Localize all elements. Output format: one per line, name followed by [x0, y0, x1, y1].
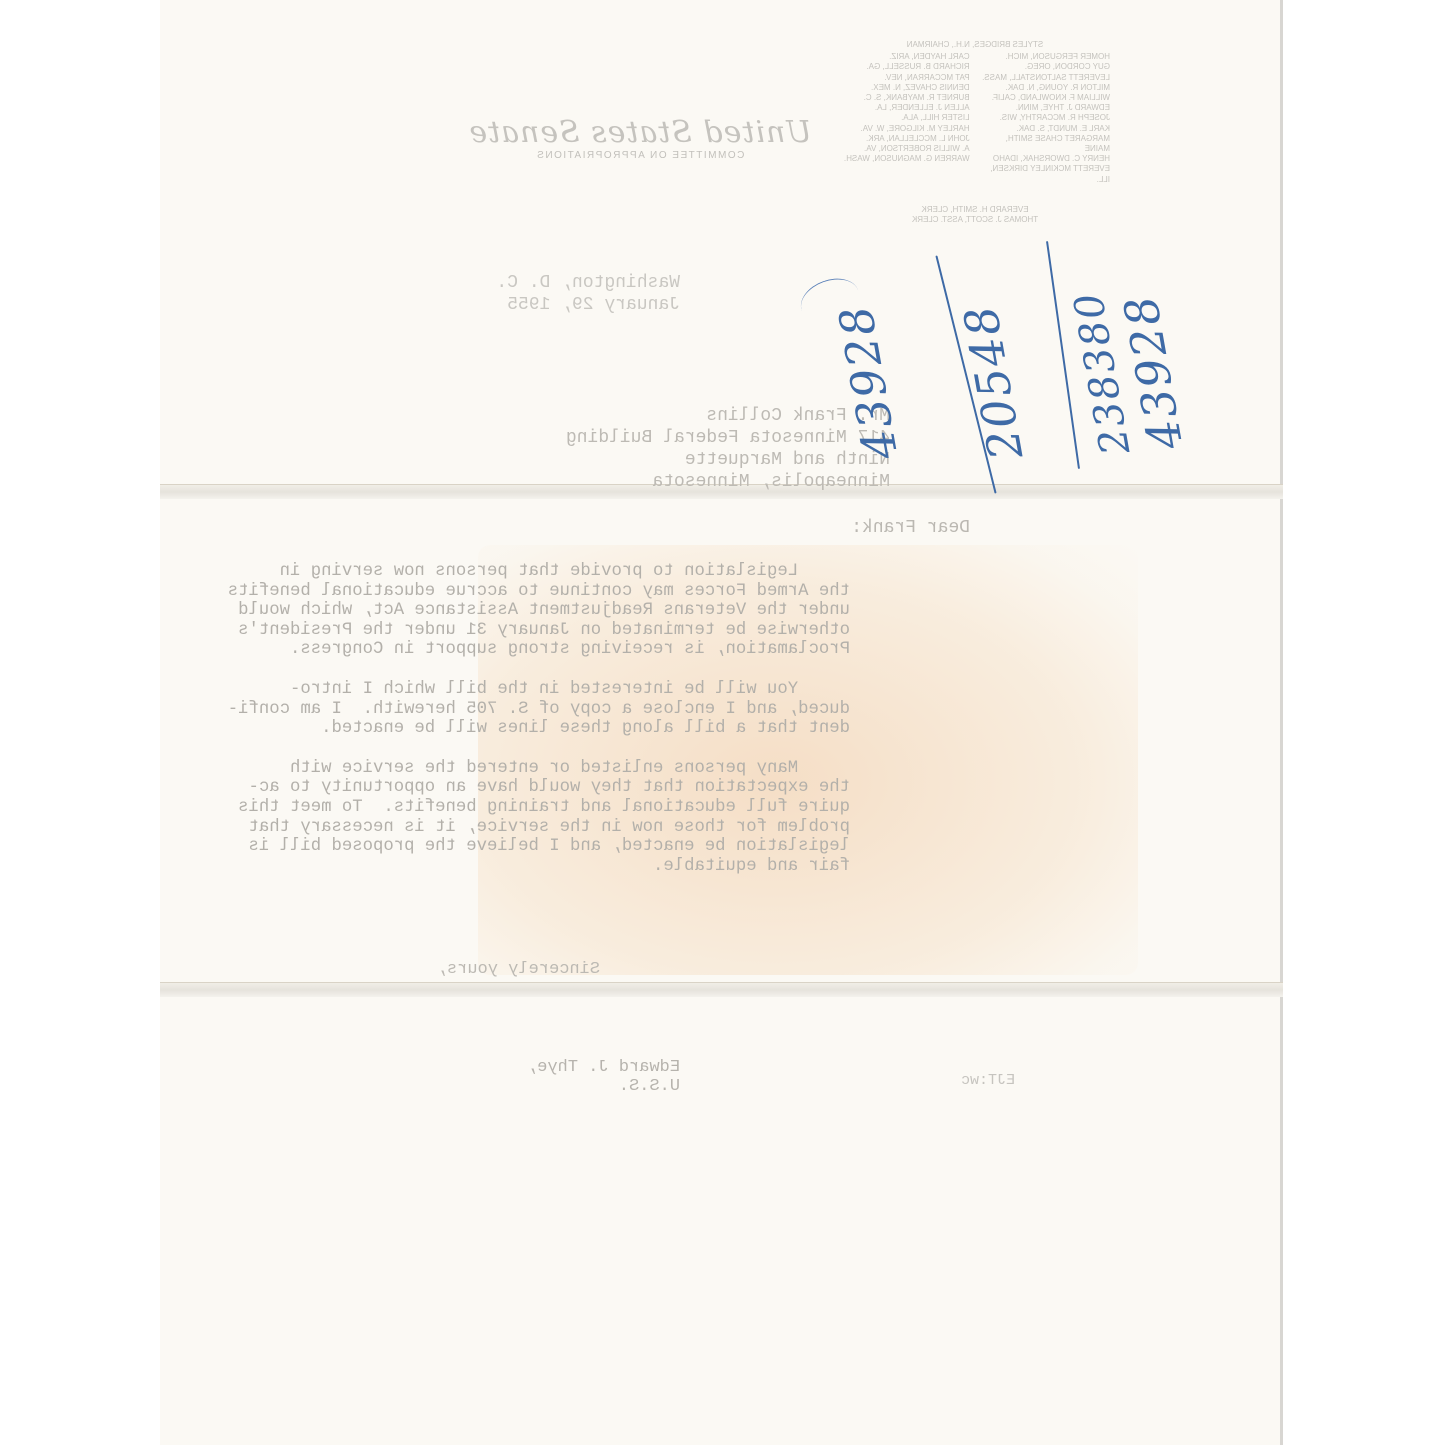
- signature-block: Edward J. Thye, U.S.S.: [460, 1058, 680, 1096]
- address-line: Minneapolis, Minnesota: [560, 471, 890, 493]
- roster-member: PAT MCCARRAN, NEV.: [840, 73, 970, 83]
- typist-initials: EJT:wc: [955, 1072, 1015, 1089]
- roster-member: JOHN L. MCCLELLAN, ARK.: [840, 134, 970, 144]
- roster-member: BURNET R. MAYBANK, S. C.: [840, 93, 970, 103]
- body-paragraph: You will be interested in the bill which…: [290, 680, 850, 739]
- roster-member: MILTON R. YOUNG, N. DAK.: [980, 83, 1110, 93]
- roster-member: DENNIS CHAVEZ, N. MEX.: [840, 83, 970, 93]
- roster-member: GUY CORDON, OREG.: [980, 62, 1110, 72]
- roster-member: KARL E. MUNDT, S. DAK.: [980, 124, 1110, 134]
- fold-line-lower: [160, 982, 1283, 997]
- roster-clerks: EVERARD H. SMITH, CLERKTHOMAS J. SCOTT, …: [840, 205, 1110, 225]
- recipient-address: Mr. Frank Collins417 Minnesota Federal B…: [560, 405, 890, 493]
- roster-member: HOMER FERGUSON, MICH.: [980, 52, 1110, 62]
- roster-clerk: THOMAS J. SCOTT, ASST. CLERK: [840, 215, 1110, 225]
- roster-member: LISTER HILL, ALA.: [840, 113, 970, 123]
- roster-member: EVERETT MCKINLEY DIRKSEN, ILL.: [980, 164, 1110, 184]
- roster-member: LEVERETT SALTONSTALL, MASS.: [980, 73, 1110, 83]
- roster-member: WARREN G. MAGNUSON, WASH.: [840, 154, 970, 164]
- roster-member: A. WILLIS ROBERTSON, VA.: [840, 144, 970, 154]
- letterhead-committee: COMMITTEE ON APPROPRIATIONS: [470, 150, 810, 161]
- body-paragraph: Legislation to provide that persons now …: [290, 562, 850, 660]
- letter-body: Legislation to provide that persons now …: [290, 562, 850, 896]
- roster-clerk: EVERARD H. SMITH, CLERK: [840, 205, 1110, 215]
- body-paragraph: Many persons enlisted or entered the ser…: [290, 759, 850, 877]
- roster-member: JOSEPH R. MCCARTHY, WIS.: [980, 113, 1110, 123]
- address-line: Mr. Frank Collins: [560, 405, 890, 427]
- roster-member: ALLEN J. ELLENDER, LA.: [840, 103, 970, 113]
- roster-member: EDWARD J. THYE, MINN.: [980, 103, 1110, 113]
- roster-member: WILLIAM F. KNOWLAND, CALIF.: [980, 93, 1110, 103]
- address-line: Ninth and Marquette: [560, 449, 890, 471]
- address-line: 417 Minnesota Federal Building: [560, 427, 890, 449]
- roster-member: RICHARD B. RUSSELL, GA.: [840, 62, 970, 72]
- dateline-line: Washington, D. C.: [480, 272, 680, 294]
- dateline-line: January 29, 1955: [480, 294, 680, 316]
- salutation: Dear Frank:: [850, 518, 970, 538]
- roster-chairman: STYLES BRIDGES, N.H., CHAIRMAN: [840, 40, 1110, 50]
- dateline: Washington, D. C.January 29, 1955: [480, 272, 680, 316]
- roster-column-right: CARL HAYDEN, ARIZ.RICHARD B. RUSSELL, GA…: [840, 52, 970, 185]
- committee-roster: STYLES BRIDGES, N.H., CHAIRMAN HOMER FER…: [840, 40, 1110, 225]
- closing: Sincerely yours,: [400, 960, 600, 979]
- roster-member: HARLEY M. KILGORE, W. VA.: [840, 124, 970, 134]
- roster-member: MARGARET CHASE SMITH, MAINE: [980, 134, 1110, 154]
- roster-member: HENRY C. DWORSHAK, IDAHO: [980, 154, 1110, 164]
- roster-member: CARL HAYDEN, ARIZ.: [840, 52, 970, 62]
- letterhead-title: United States Senate: [440, 115, 840, 150]
- roster-column-left: HOMER FERGUSON, MICH.GUY CORDON, OREG.LE…: [980, 52, 1110, 185]
